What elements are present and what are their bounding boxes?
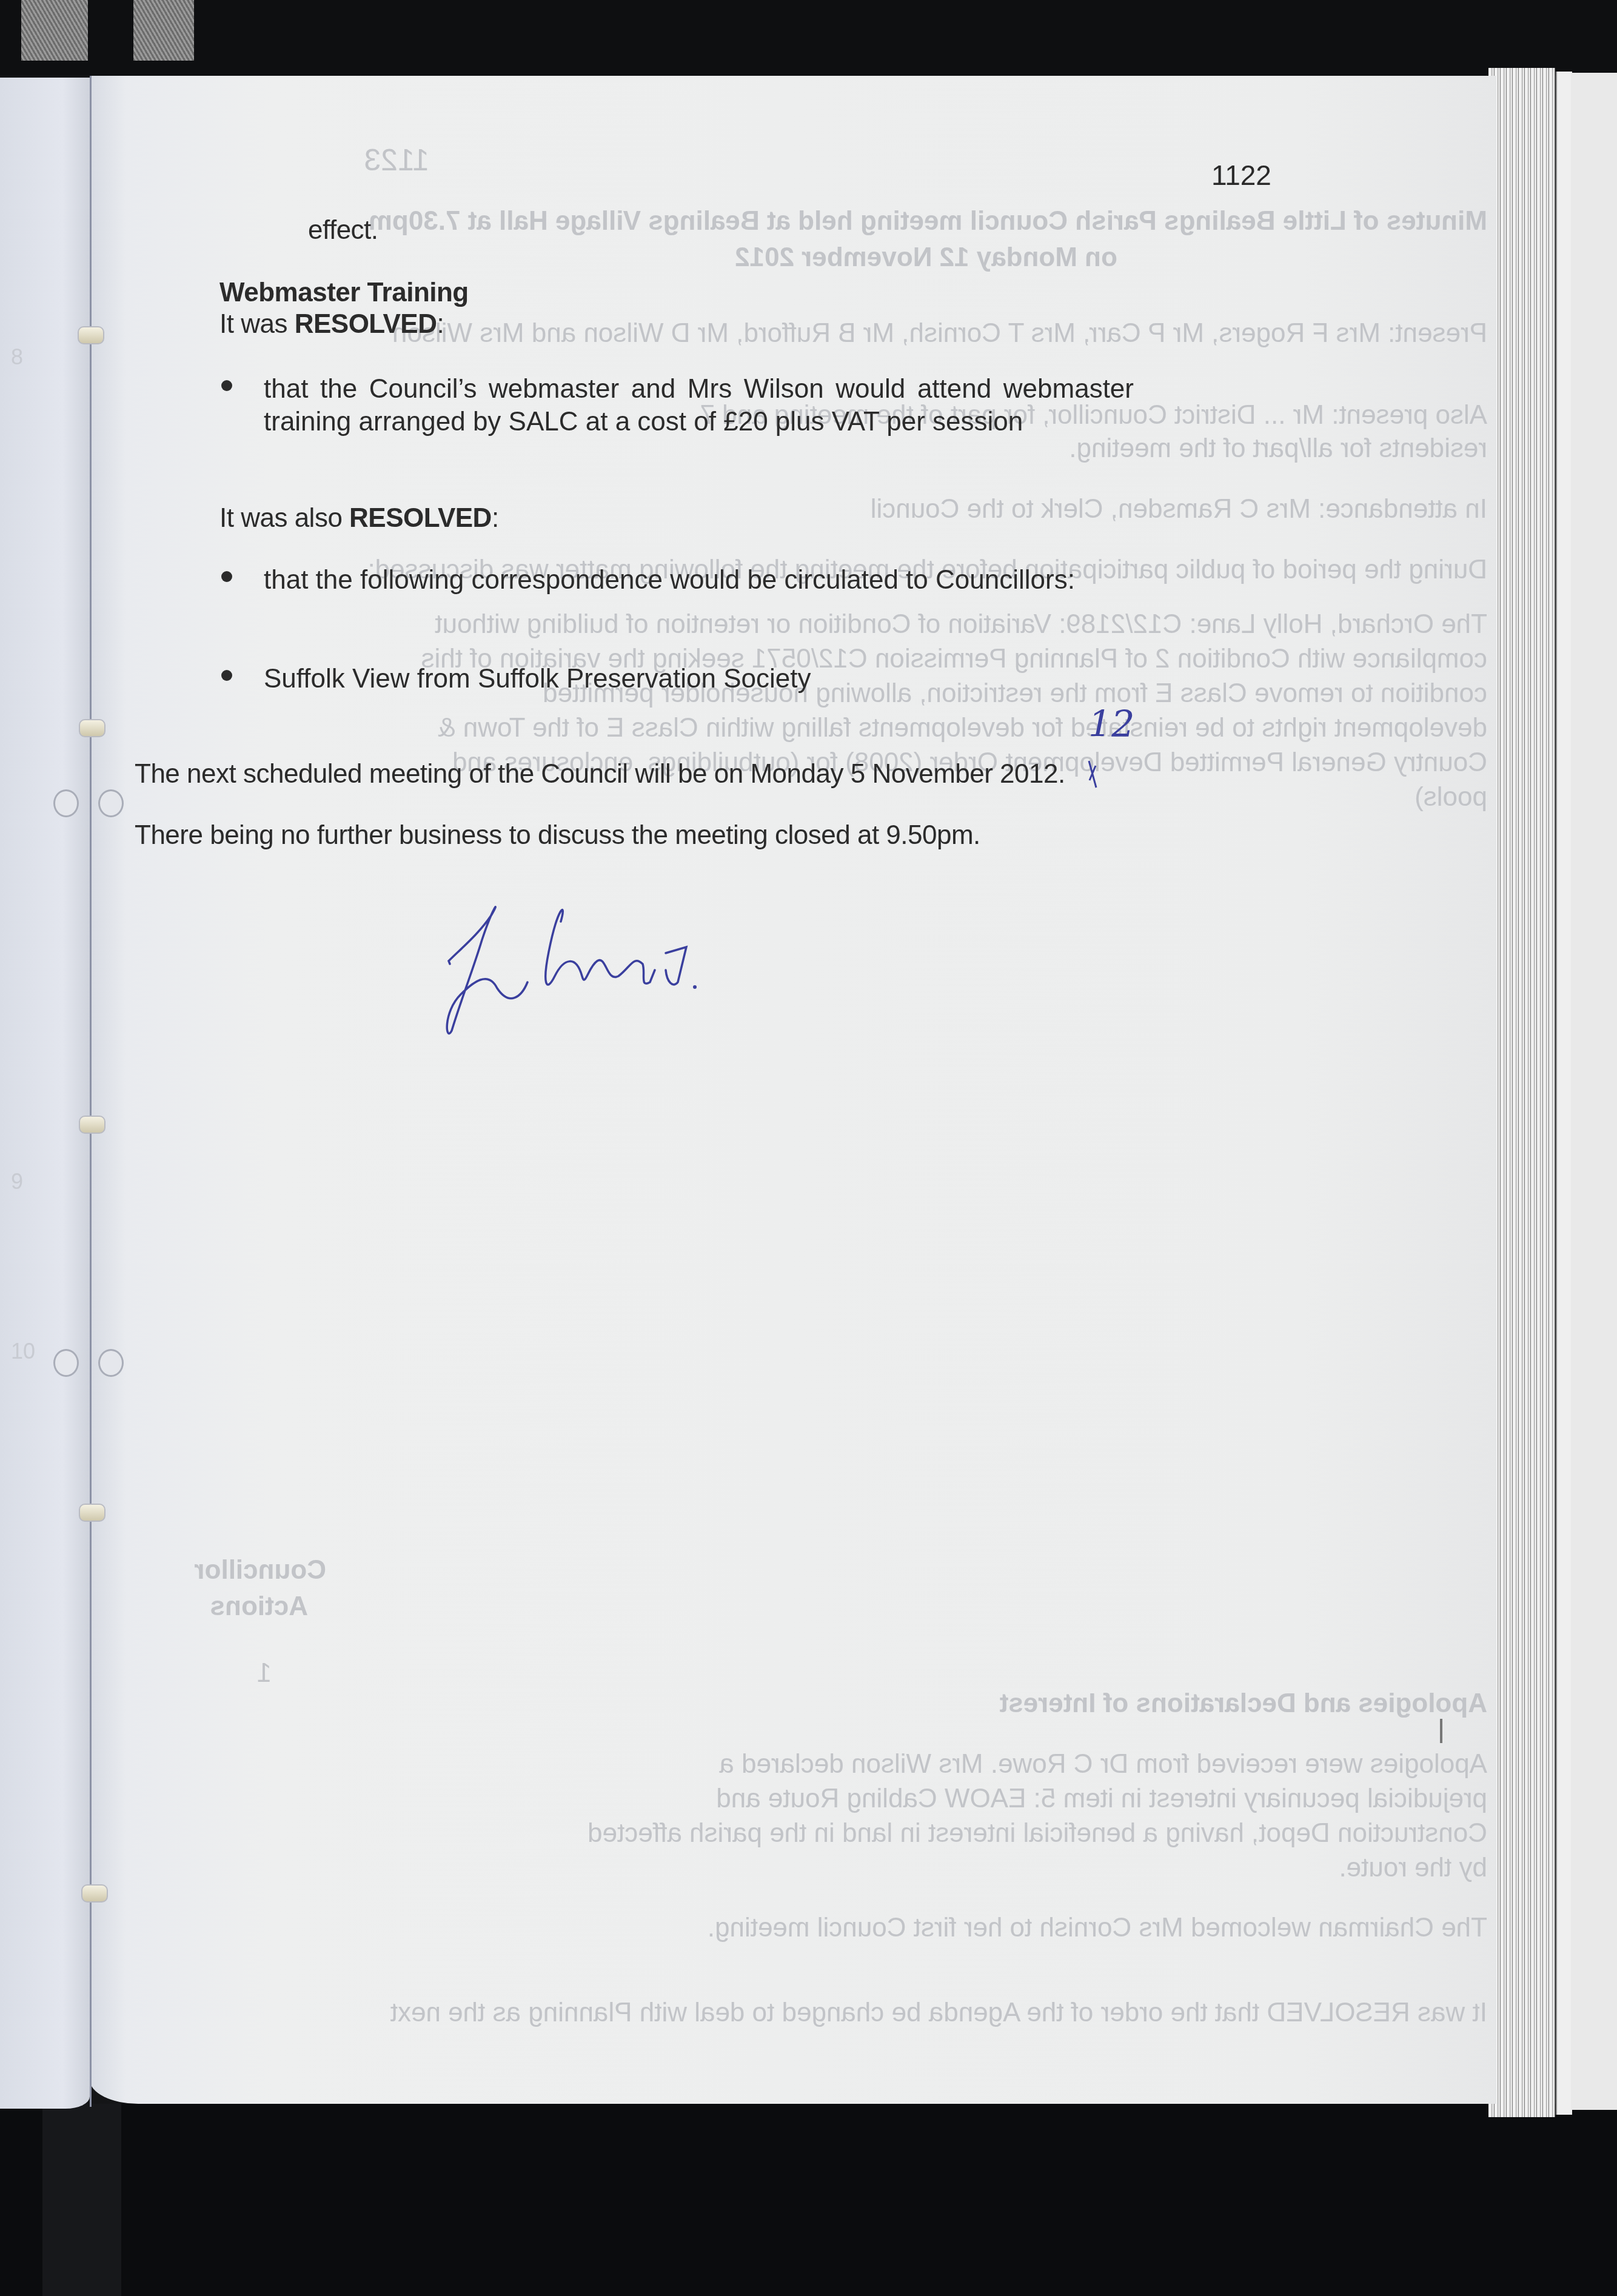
binder-cover-top — [0, 0, 1617, 76]
left-page-number: 8 — [11, 344, 23, 370]
resolution-bullet: Suffolk View from Suffolk Preservation S… — [264, 663, 1134, 695]
page-stack-edges — [1488, 68, 1555, 2117]
binding-clip — [79, 1116, 105, 1134]
binder-fabric-strip — [133, 0, 194, 61]
resolution-keyword: RESOLVED — [295, 309, 437, 339]
punch-hole — [98, 1349, 124, 1377]
resolution-suffix: : — [437, 309, 444, 339]
binding-clip — [79, 1504, 105, 1522]
next-meeting-text: November 2012. — [865, 759, 1065, 789]
struck-day: 5 — [851, 759, 865, 789]
binding-clip — [79, 719, 105, 737]
binding-clip — [81, 1884, 108, 1903]
next-page-edge — [1571, 73, 1617, 2110]
bullet-text: that the following correspondence would … — [264, 565, 1075, 595]
resolution-bullet: that the Council’s webmaster and Mrs Wil… — [264, 373, 1134, 438]
bullet-text: Suffolk View from Suffolk Preservation S… — [264, 664, 811, 694]
binder-cover-bottom — [0, 2104, 1617, 2296]
resolution-prefix: It was also — [219, 503, 349, 533]
punch-hole — [53, 1349, 79, 1377]
resolution-intro: It was RESOLVED: — [219, 309, 444, 340]
continued-text: effect. — [308, 215, 378, 246]
next-meeting-text: The next scheduled meeting of the Counci… — [135, 759, 851, 789]
bullet-text: that the Council’s webmaster and Mrs Wil… — [264, 374, 1134, 437]
bullet-icon — [221, 571, 232, 582]
resolution-keyword: RESOLVED — [349, 503, 492, 533]
resolution-suffix: : — [492, 503, 499, 533]
strike-through-mark — [1088, 760, 1097, 789]
previous-page-edge: 8 9 10 — [0, 78, 90, 2109]
binder-spine-strip — [42, 2104, 121, 2296]
resolution-prefix: It was — [219, 309, 295, 339]
bullet-icon — [221, 380, 232, 391]
page-gutter-fold — [90, 76, 92, 2107]
left-page-number: 9 — [11, 1169, 23, 1194]
section-heading: Webmaster Training — [219, 278, 469, 308]
left-page-number: 10 — [11, 1339, 35, 1364]
binding-clip — [78, 326, 104, 344]
signature — [424, 897, 740, 1037]
margin-mark — [1440, 1719, 1442, 1743]
page-number: 1122 — [1211, 159, 1271, 192]
resolution-bullet: that the following correspondence would … — [264, 564, 1134, 597]
punch-hole — [53, 789, 79, 817]
page-edge — [1556, 72, 1572, 2115]
binder-fabric-strip — [21, 0, 88, 61]
closing-line: There being no further business to discu… — [135, 820, 980, 851]
resolution-intro: It was also RESOLVED: — [219, 503, 499, 534]
handwritten-correction: 12 — [1088, 703, 1134, 746]
punch-hole — [98, 789, 124, 817]
bullet-icon — [221, 670, 232, 681]
next-meeting-line: The next scheduled meeting of the Counci… — [135, 759, 1065, 789]
